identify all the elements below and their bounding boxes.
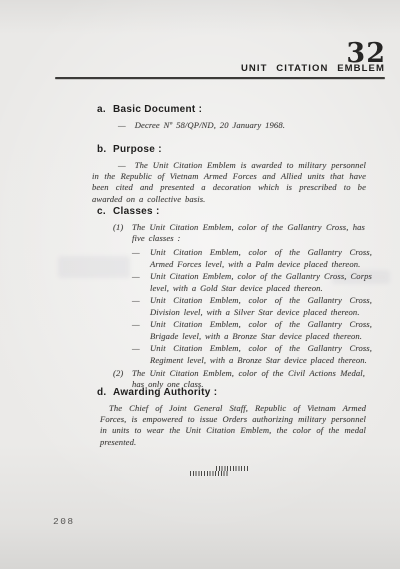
purpose-paragraph: —The Unit Citation Emblem is awarded to …: [92, 160, 366, 205]
ornament-row-bottom: [190, 471, 229, 476]
dash: —: [132, 319, 150, 341]
header-rule: [55, 77, 385, 79]
section-heading: d.Awarding Authority :: [92, 387, 370, 399]
bleed-through-smudge: [332, 270, 390, 284]
bleed-through-smudge: [58, 256, 130, 278]
decree-line: —Decree Nº 58/QP/ND, 20 January 1968.: [118, 120, 370, 131]
section-letter: c.: [97, 206, 113, 218]
list-item: — Unit Citation Emblem, color of the Gal…: [132, 247, 372, 269]
dash: —: [132, 271, 150, 293]
ornament-row-top: [216, 466, 249, 471]
paragraph-text: The Unit Citation Emblem is awarded to m…: [92, 160, 366, 204]
ornament-divider: [190, 466, 250, 476]
section-heading: c.Classes :: [92, 206, 370, 218]
scanned-document-page: { "header": { "chapter_number": "32", "c…: [0, 0, 400, 569]
section-purpose: b.Purpose : —The Unit Citation Emblem is…: [92, 144, 370, 205]
list-item: — Unit Citation Emblem, color of the Gal…: [132, 343, 372, 365]
section-basic-document: a.Basic Document : —Decree Nº 58/QP/ND, …: [92, 104, 370, 131]
numbered-item-1: (1) The Unit Citation Emblem, color of t…: [113, 222, 365, 244]
list-item-text: Unit Citation Emblem, color of the Galla…: [150, 247, 372, 269]
class-list: — Unit Citation Emblem, color of the Gal…: [92, 247, 370, 365]
list-item-text: Unit Citation Emblem, color of the Galla…: [150, 343, 372, 365]
section-title: Purpose :: [113, 144, 162, 155]
list-item: — Unit Citation Emblem, color of the Gal…: [132, 319, 372, 341]
chapter-title: UNIT CITATION EMBLEM: [241, 63, 385, 74]
dash: —: [132, 343, 150, 365]
section-letter: b.: [97, 144, 113, 156]
section-title: Awarding Authority :: [113, 387, 217, 398]
dash: —: [118, 120, 126, 130]
list-item-text: Unit Citation Emblem, color of the Galla…: [150, 319, 372, 341]
list-item-text: Unit Citation Emblem, color of the Galla…: [150, 295, 372, 317]
section-heading: b.Purpose :: [92, 144, 370, 156]
list-item: — Unit Citation Emblem, color of the Gal…: [132, 295, 372, 317]
dash: —: [132, 295, 150, 317]
section-letter: d.: [97, 387, 113, 399]
section-title: Basic Document :: [113, 104, 202, 115]
dash: —: [118, 160, 126, 170]
item-text: The Unit Citation Emblem, color of the G…: [132, 222, 365, 244]
page-number: 208: [53, 516, 75, 527]
section-classes: c.Classes : (1) The Unit Citation Emblem…: [92, 206, 370, 390]
section-title: Classes :: [113, 206, 160, 217]
item-number: (1): [113, 222, 132, 244]
authority-paragraph: The Chief of Joint General Staff, Republ…: [100, 403, 366, 448]
decree-text: Decree Nº 58/QP/ND, 20 January 1968.: [135, 120, 285, 130]
section-heading: a.Basic Document :: [92, 104, 370, 116]
section-awarding-authority: d.Awarding Authority : The Chief of Join…: [92, 387, 370, 448]
dash: —: [132, 247, 150, 269]
section-letter: a.: [97, 104, 113, 116]
